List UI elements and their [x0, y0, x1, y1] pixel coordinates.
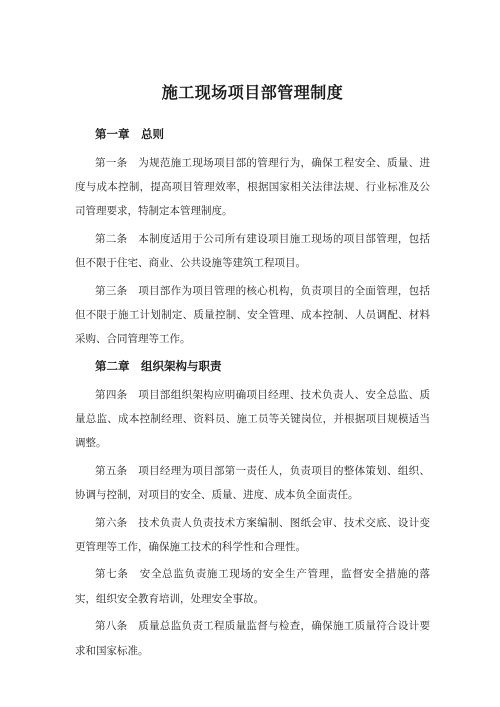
- article-paragraph: 第三条 项目部作为项目管理的核心机构，负责项目的全面管理，包括但不限于施工计划制…: [75, 279, 430, 352]
- article-paragraph: 第五条 项目经理为项目部第一责任人，负责项目的整体策划、组织、协调与控制，对项目…: [75, 459, 430, 507]
- article-paragraph: 第一条 为规范施工现场项目部的管理行为，确保工程安全、质量、进度与成本控制，提高…: [75, 151, 430, 224]
- article-paragraph: 第七条 安全总监负责施工现场的安全生产管理，监督安全措施的落实，组织安全教育培训…: [75, 562, 430, 610]
- chapter-heading: 第一章 总则: [75, 123, 430, 147]
- article-paragraph: 第八条 质量总监负责工程质量监督与检查，确保施工质量符合设计要求和国家标准。: [75, 614, 430, 662]
- article-paragraph: 第四条 项目部组织架构应明确项目经理、技术负责人、安全总监、质量总监、成本控制经…: [75, 383, 430, 456]
- chapter-heading: 第二章 组织架构与职责: [75, 355, 430, 379]
- document-title: 施工现场项目部管理制度: [75, 81, 430, 106]
- document-page: 施工现场项目部管理制度 第一章 总则第一条 为规范施工现场项目部的管理行为，确保…: [0, 0, 500, 707]
- article-paragraph: 第六条 技术负责人负责技术方案编制、图纸会审、技术交底、设计变更管理等工作，确保…: [75, 511, 430, 559]
- article-paragraph: 第二条 本制度适用于公司所有建设项目施工现场的项目部管理，包括但不限于住宅、商业…: [75, 227, 430, 275]
- document-content: 施工现场项目部管理制度 第一章 总则第一条 为规范施工现场项目部的管理行为，确保…: [0, 0, 500, 663]
- document-body: 第一章 总则第一条 为规范施工现场项目部的管理行为，确保工程安全、质量、进度与成…: [75, 123, 430, 663]
